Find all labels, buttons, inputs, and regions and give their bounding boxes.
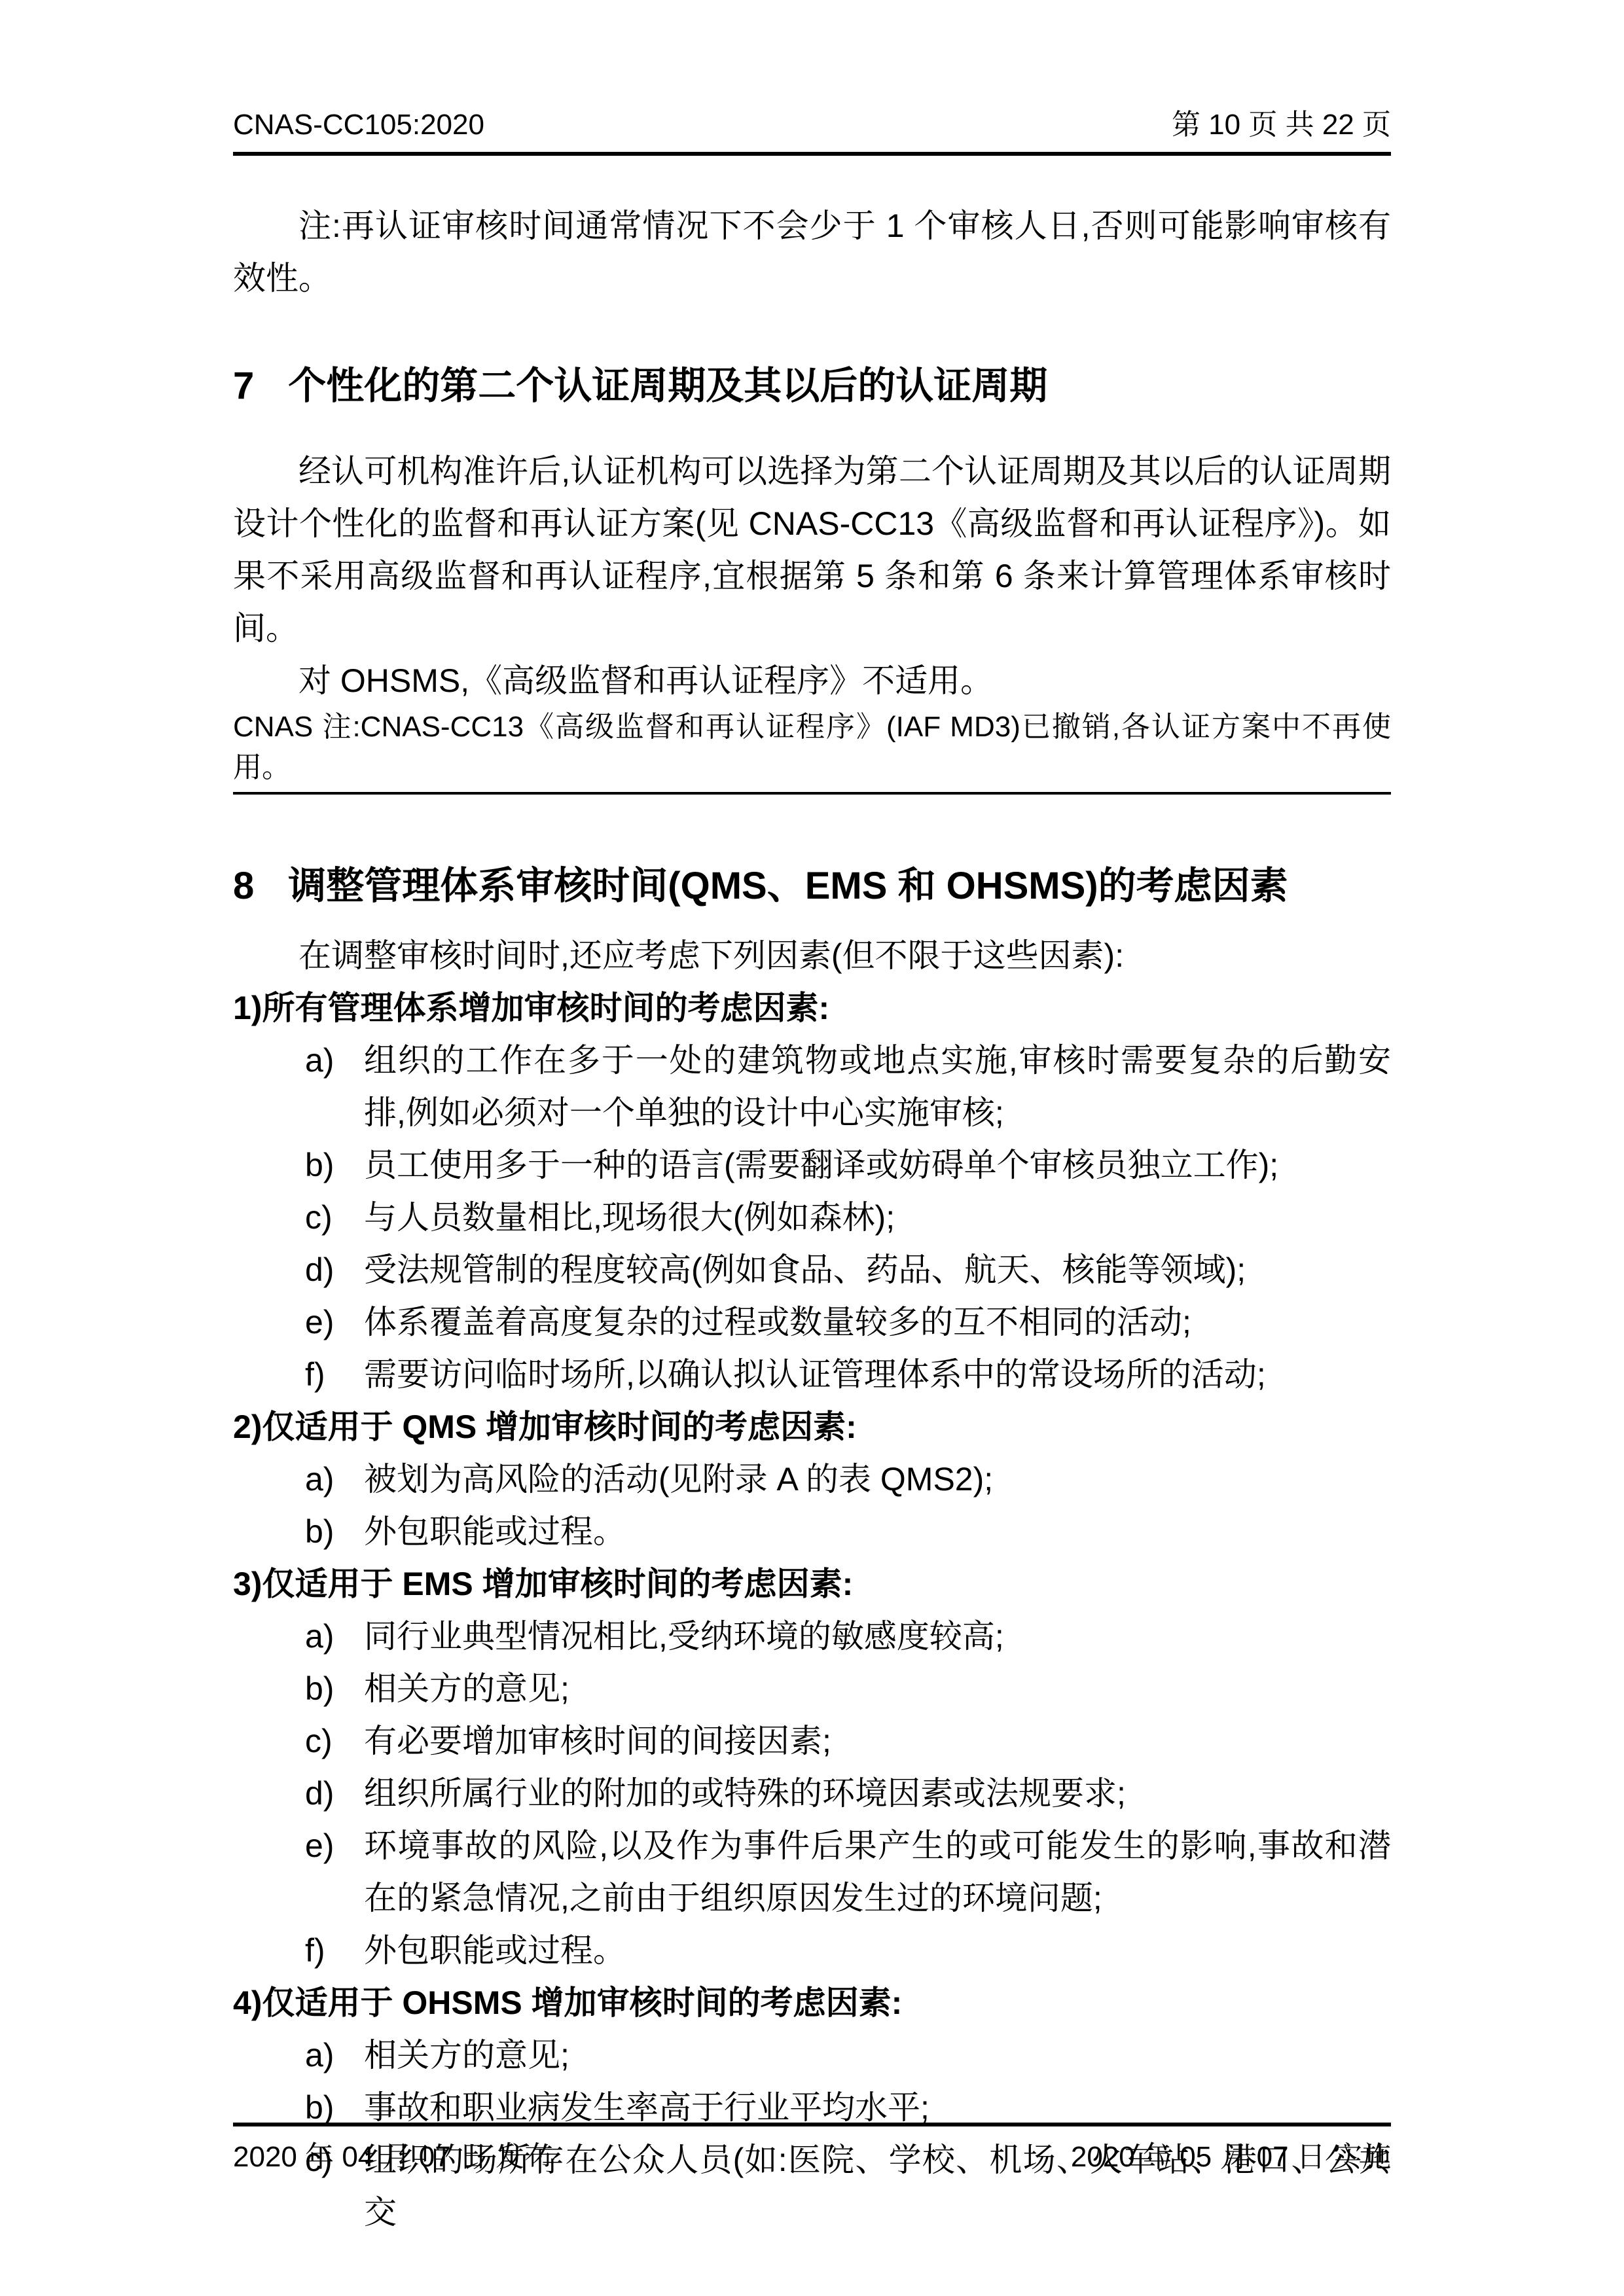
cnas-note: CNAS 注:CNAS-CC13《高级监督和再认证程序》(IAF MD3)已撤销…	[233, 707, 1391, 795]
item-text: 体系覆盖着高度复杂的过程或数量较多的互不相同的活动;	[364, 1296, 1391, 1348]
item-label: c)	[305, 1715, 364, 1767]
item-text: 相关方的意见;	[364, 2029, 1391, 2081]
page-header: CNAS-CC105:2020 第 10 页 共 22 页	[233, 108, 1391, 142]
page-number-info: 第 10 页 共 22 页	[1172, 108, 1391, 142]
list-item: a) 组织的工作在多于一处的建筑物或地点实施,审核时需要复杂的后勤安排,例如必须…	[233, 1034, 1391, 1139]
item-text: 外包职能或过程。	[364, 1505, 1391, 1558]
section-8-intro: 在调整审核时间时,还应考虑下列因素(但不限于这些因素):	[233, 929, 1391, 982]
item-label: e)	[305, 1296, 364, 1348]
item-text: 同行业典型情况相比,受纳环境的敏感度较高;	[364, 1610, 1391, 1662]
implementation-date: 2020 年 05 月 07 日 实施	[1071, 2139, 1391, 2176]
group-1-label: 1)	[233, 990, 262, 1026]
publish-date: 2020 年 04 月 07 日 发布	[233, 2139, 553, 2176]
list-item: a) 同行业典型情况相比,受纳环境的敏感度较高;	[233, 1610, 1391, 1662]
list-item: c) 有必要增加审核时间的间接因素;	[233, 1715, 1391, 1767]
list-item: a) 被划为高风险的活动(见附录 A 的表 QMS2);	[233, 1453, 1391, 1505]
document-page: CNAS-CC105:2020 第 10 页 共 22 页 注:再认证审核时间通…	[0, 0, 1624, 2296]
item-label: d)	[305, 1767, 364, 1820]
page-footer: 2020 年 04 月 07 日 发布 2020 年 05 月 07 日 实施	[233, 2139, 1391, 2176]
list-item: e) 体系覆盖着高度复杂的过程或数量较多的互不相同的活动;	[233, 1296, 1391, 1348]
group-1-text: 所有管理体系增加审核时间的考虑因素:	[262, 990, 829, 1026]
section-7-paragraph-1: 经认可机构准许后,认证机构可以选择为第二个认证周期及其以后的认证周期设计个性化的…	[233, 445, 1391, 655]
section-7-number: 7	[233, 360, 254, 412]
document-code: CNAS-CC105:2020	[233, 108, 484, 142]
item-label: e)	[305, 1820, 364, 1924]
item-text: 受法规管制的程度较高(例如食品、药品、航天、核能等领域);	[364, 1244, 1391, 1296]
item-label: b)	[305, 1662, 364, 1715]
group-4-label: 4)	[233, 1984, 262, 2021]
section-7-heading: 7 个性化的第二个认证周期及其以后的认证周期	[233, 360, 1391, 412]
item-text: 组织所属行业的附加的或特殊的环境因素或法规要求;	[364, 1767, 1391, 1820]
list-item: a) 相关方的意见;	[233, 2029, 1391, 2081]
list-item: c) 与人员数量相比,现场很大(例如森林);	[233, 1191, 1391, 1244]
item-label: b)	[305, 1505, 364, 1558]
item-text: 外包职能或过程。	[364, 1924, 1391, 1977]
group-2-text: 仅适用于 QMS 增加审核时间的考虑因素:	[262, 1408, 856, 1445]
document-body: 注:再认证审核时间通常情况下不会少于 1 个审核人日,否则可能影响审核有效性。 …	[233, 200, 1391, 2238]
footer-rule	[233, 2123, 1391, 2126]
item-text: 需要访问临时场所,以确认拟认证管理体系中的常设场所的活动;	[364, 1348, 1391, 1401]
item-label: a)	[305, 1453, 364, 1505]
item-text: 有必要增加审核时间的间接因素;	[364, 1715, 1391, 1767]
item-label: f)	[305, 1348, 364, 1401]
header-rule	[233, 152, 1391, 156]
group-2-label: 2)	[233, 1408, 262, 1445]
item-label: a)	[305, 2029, 364, 2081]
item-text: 相关方的意见;	[364, 1662, 1391, 1715]
item-text: 组织的工作在多于一处的建筑物或地点实施,审核时需要复杂的后勤安排,例如必须对一个…	[364, 1034, 1391, 1139]
group-3-label: 3)	[233, 1566, 262, 1602]
item-label: d)	[305, 1244, 364, 1296]
item-text: 与人员数量相比,现场很大(例如森林);	[364, 1191, 1391, 1244]
item-text: 环境事故的风险,以及作为事件后果产生的或可能发生的影响,事故和潜在的紧急情况,之…	[364, 1820, 1391, 1924]
note-paragraph: 注:再认证审核时间通常情况下不会少于 1 个审核人日,否则可能影响审核有效性。	[233, 200, 1391, 304]
list-item: b) 员工使用多于一种的语言(需要翻译或妨碍单个审核员独立工作);	[233, 1139, 1391, 1191]
list-item: f) 外包职能或过程。	[233, 1924, 1391, 1977]
list-item: d) 组织所属行业的附加的或特殊的环境因素或法规要求;	[233, 1767, 1391, 1820]
section-7-paragraph-2: 对 OHSMS,《高级监督和再认证程序》不适用。	[233, 655, 1391, 707]
section-8-title: 调整管理体系审核时间(QMS、EMS 和 OHSMS)的考虑因素	[288, 860, 1288, 912]
item-label: a)	[305, 1610, 364, 1662]
group-1-title: 1)所有管理体系增加审核时间的考虑因素:	[233, 982, 1391, 1034]
section-7-title: 个性化的第二个认证周期及其以后的认证周期	[288, 360, 1047, 412]
list-item: b) 外包职能或过程。	[233, 1505, 1391, 1558]
list-item: f) 需要访问临时场所,以确认拟认证管理体系中的常设场所的活动;	[233, 1348, 1391, 1401]
section-8-heading: 8 调整管理体系审核时间(QMS、EMS 和 OHSMS)的考虑因素	[233, 860, 1391, 912]
group-3-title: 3)仅适用于 EMS 增加审核时间的考虑因素:	[233, 1558, 1391, 1610]
list-item: b) 相关方的意见;	[233, 1662, 1391, 1715]
list-item: d) 受法规管制的程度较高(例如食品、药品、航天、核能等领域);	[233, 1244, 1391, 1296]
group-4-text: 仅适用于 OHSMS 增加审核时间的考虑因素:	[262, 1984, 902, 2021]
group-2-title: 2)仅适用于 QMS 增加审核时间的考虑因素:	[233, 1401, 1391, 1453]
item-text: 员工使用多于一种的语言(需要翻译或妨碍单个审核员独立工作);	[364, 1139, 1391, 1191]
group-3-text: 仅适用于 EMS 增加审核时间的考虑因素:	[262, 1566, 853, 1602]
item-label: a)	[305, 1034, 364, 1139]
item-label: b)	[305, 1139, 364, 1191]
section-8-number: 8	[233, 860, 254, 912]
group-4-title: 4)仅适用于 OHSMS 增加审核时间的考虑因素:	[233, 1977, 1391, 2029]
item-text: 被划为高风险的活动(见附录 A 的表 QMS2);	[364, 1453, 1391, 1505]
item-label: f)	[305, 1924, 364, 1977]
item-label: c)	[305, 1191, 364, 1244]
list-item: e) 环境事故的风险,以及作为事件后果产生的或可能发生的影响,事故和潜在的紧急情…	[233, 1820, 1391, 1924]
